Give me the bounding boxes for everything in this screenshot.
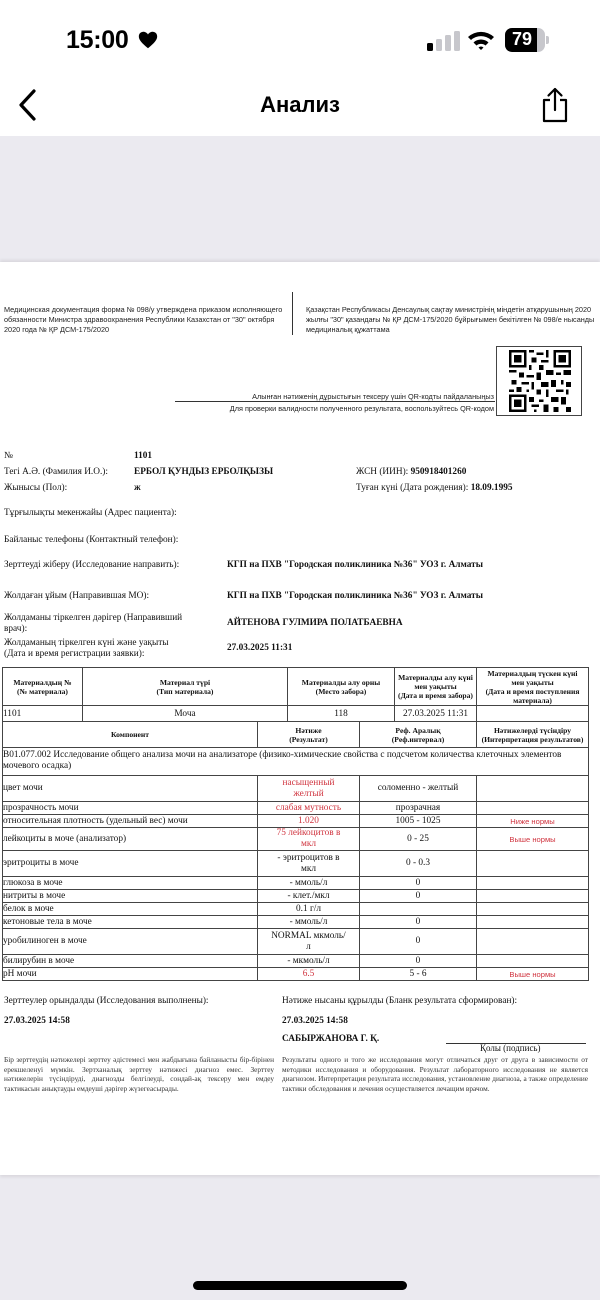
component-cell: нитриты в моче	[3, 890, 258, 903]
table-row: уробилиноген в мочеNORMAL мкмоль/л0	[3, 929, 589, 955]
interp-cell	[477, 916, 589, 929]
sending-mo-value: КГП на ПХВ "Городская поликлиника №36" У…	[227, 591, 483, 601]
interp-cell: Ниже нормы	[477, 815, 589, 828]
iin-value: 950918401260	[411, 467, 467, 477]
form-header-ru: Медицинская документация форма № 098/у у…	[4, 305, 289, 335]
table-row: pH мочи6.55 - 6Выше нормы	[3, 968, 589, 981]
material-collected-header: Материалды алу күнімен уақыты(Дата и вре…	[395, 668, 477, 706]
reg-date-label-line1: Жолдаманың тіркелген күні және уақыты	[4, 638, 169, 648]
table-row: цвет мочинасыщенный желтыйсоломенно - же…	[3, 776, 589, 802]
signature-label: Қолы (подпись)	[480, 1043, 541, 1053]
sex-value: ж	[134, 483, 141, 493]
result-cell: - клет./мкл	[258, 890, 360, 903]
result-cell: насыщенный желтый	[258, 776, 360, 802]
material-received	[477, 706, 589, 722]
component-cell: цвет мочи	[3, 776, 258, 802]
material-type-header: Материал түрі(Тип материала)	[83, 668, 288, 706]
component-cell: относительная плотность (удельный вес) м…	[3, 815, 258, 828]
disclaimer-ru: Результаты одного и того же исследования…	[282, 1055, 588, 1093]
home-indicator[interactable]	[193, 1281, 407, 1290]
reg-date-label-line2: (Дата и время регистрации заявки):	[4, 649, 144, 659]
formed-label: Нәтиже нысаны құрылды (Бланк результата …	[282, 996, 517, 1006]
material-place: 118	[288, 706, 395, 722]
material-number: 1101	[3, 706, 83, 722]
address-label: Тұрғылықты мекенжайы (Адрес пациента):	[4, 508, 177, 518]
ref-cell: 0 - 0.3	[360, 851, 477, 877]
table-row: лейкоциты в моче (анализатор)75 лейкоцит…	[3, 828, 589, 851]
material-place-header: Материалды алу орны(Место забора)	[288, 668, 395, 706]
disclaimer-kz: Бір зерттеудің нәтижелері зерттеу әдісте…	[4, 1055, 274, 1093]
performed-value: 27.03.2025 14:58	[4, 1016, 70, 1026]
table-row: билирубин в моче- мкмоль/л0	[3, 955, 589, 968]
header-divider	[292, 292, 293, 335]
document-viewer-background	[0, 136, 600, 262]
number-value: 1101	[134, 451, 152, 461]
table-row: глюкоза в моче- ммоль/л0	[3, 877, 589, 890]
sex-label: Жынысы (Пол):	[4, 483, 67, 493]
doctor-value: АЙТЕНОВА ГУЛМИРА ПОЛАТБАЕВНА	[227, 618, 403, 628]
phone-label: Байланыс телефоны (Контактный телефон):	[4, 535, 178, 545]
interp-cell: Выше нормы	[477, 828, 589, 851]
section-title: B01.077.002 Исследование общего анализа …	[3, 748, 589, 776]
table-row: прозрачность мочислабая мутностьпрозрачн…	[3, 802, 589, 815]
form-header-kz: Қазақстан Республикасы Денсаулық сақтау …	[306, 305, 596, 335]
table-row: относительная плотность (удельный вес) м…	[3, 815, 589, 828]
ref-cell: 0	[360, 916, 477, 929]
dob-label: Туған күні (Дата рождения):	[356, 483, 468, 493]
patient-name: ЕРБОЛ ҚУНДЫЗ ЕРБОЛҚЫЗЫ	[134, 467, 273, 477]
reg-date-value: 27.03.2025 11:31	[227, 643, 292, 653]
result-cell: 1.020	[258, 815, 360, 828]
formed-value: 27.03.2025 14:58	[282, 1016, 348, 1026]
ref-cell	[360, 903, 477, 916]
interp-cell: Выше нормы	[477, 968, 589, 981]
result-header: Нәтиже(Результат)	[258, 722, 360, 748]
document-page[interactable]: Медицинская документация форма № 098/у у…	[0, 262, 600, 1175]
performed-label: Зерттеулер орындалды (Исследования выпол…	[4, 996, 209, 1006]
component-cell: эритроциты в моче	[3, 851, 258, 877]
name-label: Тегі А.Ә. (Фамилия И.О.):	[4, 467, 108, 477]
cellular-signal-icon	[427, 31, 461, 51]
interp-cell	[477, 903, 589, 916]
share-icon[interactable]	[540, 87, 570, 123]
wifi-icon	[467, 29, 495, 51]
component-cell: уробилиноген в моче	[3, 929, 258, 955]
heart-icon	[137, 29, 159, 51]
material-number-header: Материалдың №(№ материала)	[3, 668, 83, 706]
interp-cell	[477, 955, 589, 968]
table-row: эритроциты в моче- эритроцитов в мкл0 - …	[3, 851, 589, 877]
dob-value: 18.09.1995	[471, 483, 513, 493]
interp-header: Нәтижелерді түсіндіру(Интерпретация резу…	[477, 722, 589, 748]
table-row: нитриты в моче- клет./мкл0	[3, 890, 589, 903]
battery-indicator: 79	[505, 28, 549, 52]
results-table: Материалдың №(№ материала) Материал түрі…	[2, 667, 589, 981]
result-cell: 75 лейкоцитов в мкл	[258, 828, 360, 851]
result-cell: - мкмоль/л	[258, 955, 360, 968]
material-received-header: Материалдың түскен күнімен уақыты(Дата и…	[477, 668, 589, 706]
number-label: №	[4, 451, 13, 461]
status-bar: 15:00 79	[0, 0, 600, 70]
result-cell: - ммоль/л	[258, 916, 360, 929]
result-cell: - ммоль/л	[258, 877, 360, 890]
qr-instruction-kz: Алынған нәтиженің дұрыстығын тексеру үші…	[252, 392, 494, 401]
doctor-label-line1: Жолдаманы тіркелген дәрігер (Направивший	[4, 613, 182, 623]
qr-instruction-ru: Для проверки валидности полученного резу…	[230, 404, 494, 413]
ref-cell: 0	[360, 877, 477, 890]
material-row: 1101 Моча 118 27.03.2025 11:31	[3, 706, 589, 722]
status-time: 15:00	[66, 26, 128, 55]
component-cell: лейкоциты в моче (анализатор)	[3, 828, 258, 851]
component-cell: глюкоза в моче	[3, 877, 258, 890]
navigation-bar: Анализ	[0, 70, 600, 136]
interp-cell	[477, 776, 589, 802]
section-title-row: B01.077.002 Исследование общего анализа …	[3, 748, 589, 776]
ref-cell: 0	[360, 890, 477, 903]
result-cell: 0.1 г/л	[258, 903, 360, 916]
component-cell: билирубин в моче	[3, 955, 258, 968]
ref-cell: 0 - 25	[360, 828, 477, 851]
ref-cell: прозрачная	[360, 802, 477, 815]
component-header: Компонент	[3, 722, 258, 748]
component-cell: кетоновые тела в моче	[3, 916, 258, 929]
interp-cell	[477, 877, 589, 890]
qr-code[interactable]	[496, 346, 582, 416]
component-cell: белок в моче	[3, 903, 258, 916]
component-cell: pH мочи	[3, 968, 258, 981]
material-collected: 27.03.2025 11:31	[395, 706, 477, 722]
battery-percent: 79	[505, 29, 539, 50]
result-cell: NORMAL мкмоль/л	[258, 929, 360, 955]
dob-field: Туған күні (Дата рождения): 18.09.1995	[356, 483, 513, 493]
ref-header: Реф. Аралық(Реф.интервал)	[360, 722, 477, 748]
results-header-row: Компонент Нәтиже(Результат) Реф. Аралық(…	[3, 722, 589, 748]
referral-value: КГП на ПХВ "Городская поликлиника №36" У…	[227, 560, 483, 570]
iin-field: ЖСН (ИИН): 950918401260	[356, 467, 466, 477]
ref-cell: 5 - 6	[360, 968, 477, 981]
ref-cell: 0	[360, 955, 477, 968]
iin-label: ЖСН (ИИН):	[356, 467, 408, 477]
interp-cell	[477, 890, 589, 903]
ref-cell: 0	[360, 929, 477, 955]
table-row: кетоновые тела в моче- ммоль/л0	[3, 916, 589, 929]
signer-name: САБЫРЖАНОВА Г. Қ.	[282, 1034, 379, 1044]
ref-cell: соломенно - желтый	[360, 776, 477, 802]
result-cell: 6.5	[258, 968, 360, 981]
qr-divider	[175, 401, 495, 402]
material-header-row: Материалдың №(№ материала) Материал түрі…	[3, 668, 589, 706]
interp-cell	[477, 802, 589, 815]
referral-label: Зерттеуді жіберу (Исследование направить…	[4, 560, 179, 570]
page-title: Анализ	[0, 92, 600, 118]
sending-mo-label: Жолдаған ұйым (Направившая МО):	[4, 591, 149, 601]
result-cell: - эритроцитов в мкл	[258, 851, 360, 877]
doctor-label-line2: врач):	[4, 624, 27, 634]
table-row: белок в моче0.1 г/л	[3, 903, 589, 916]
interp-cell	[477, 929, 589, 955]
result-cell: слабая мутность	[258, 802, 360, 815]
interp-cell	[477, 851, 589, 877]
material-type: Моча	[83, 706, 288, 722]
qr-code-icon	[509, 350, 571, 412]
component-cell: прозрачность мочи	[3, 802, 258, 815]
ref-cell: 1005 - 1025	[360, 815, 477, 828]
